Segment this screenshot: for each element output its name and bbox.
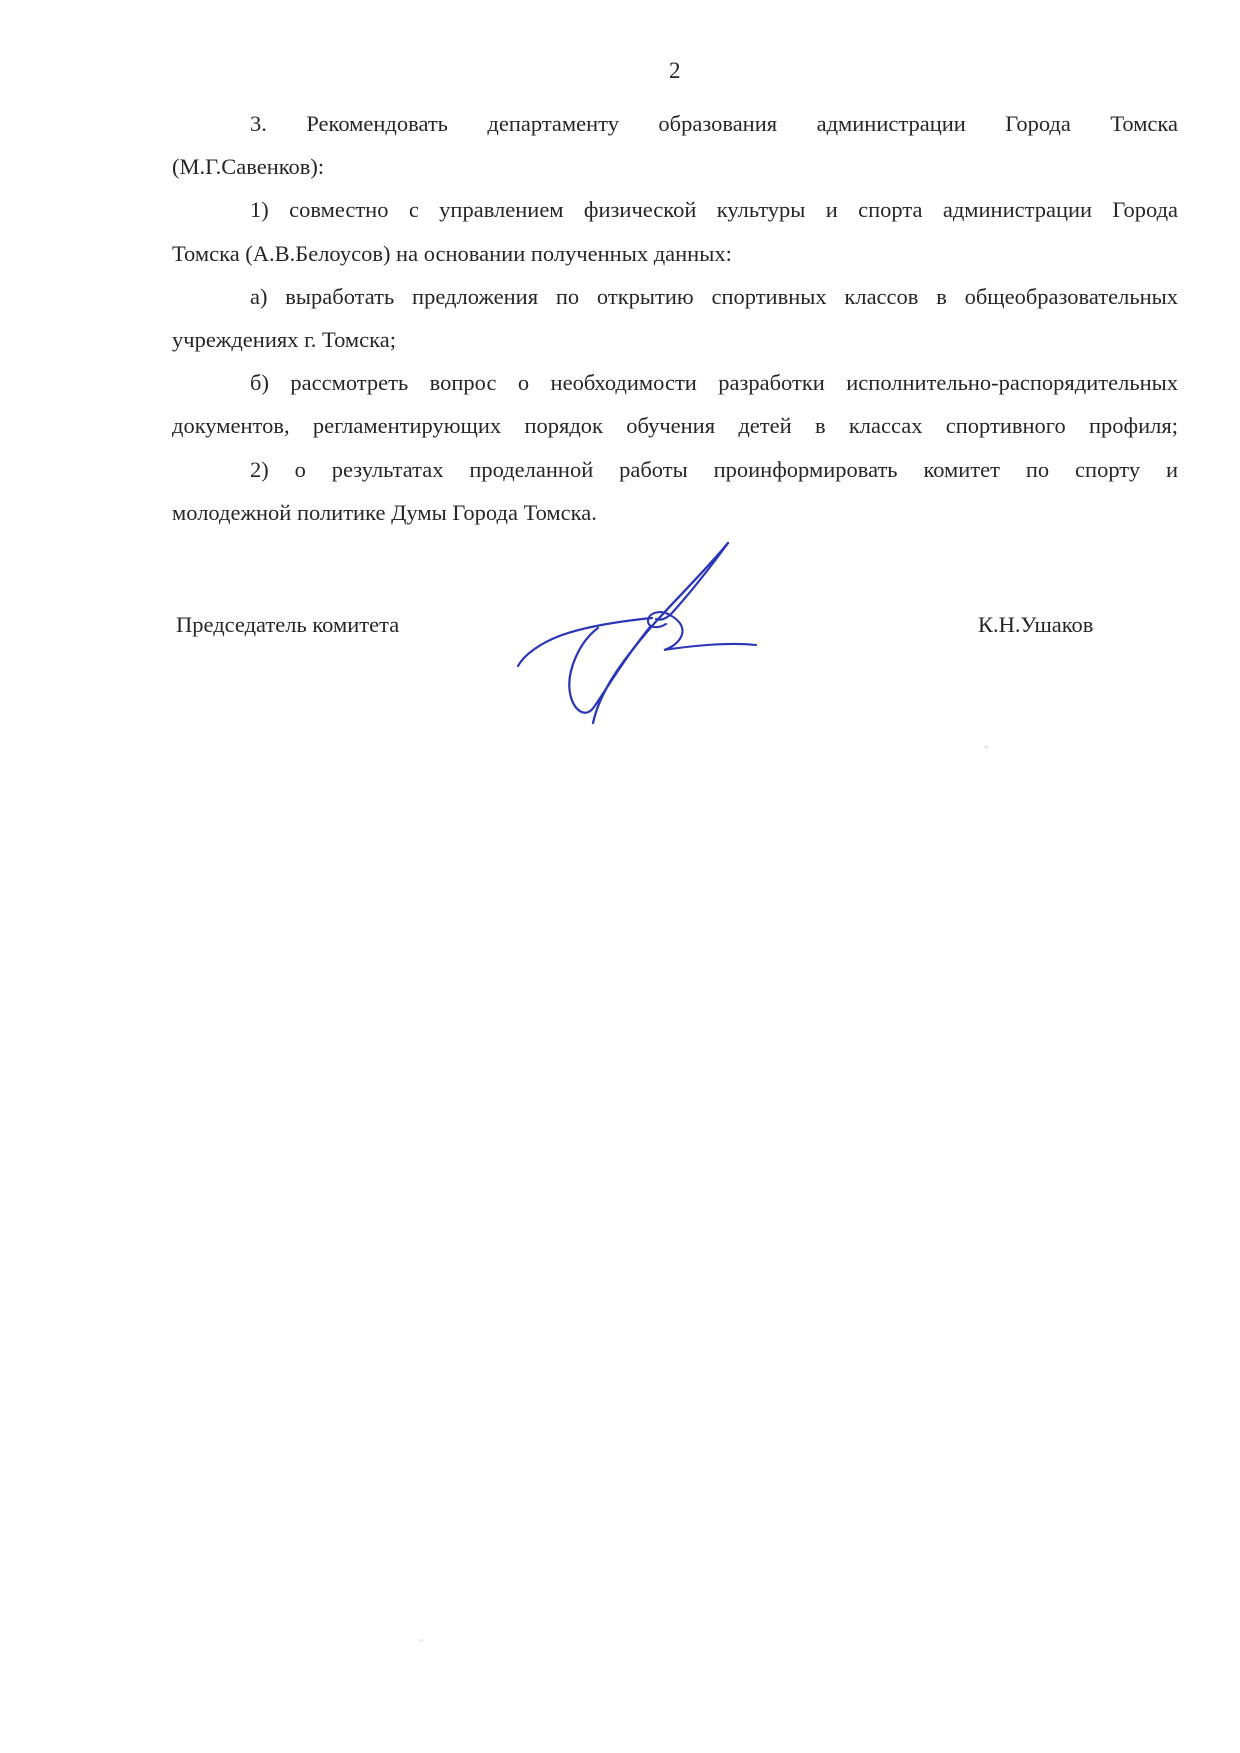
page-number: 2 bbox=[172, 58, 1178, 84]
scan-speck bbox=[418, 1639, 424, 1642]
paragraph-line: 2) о результатах проделанной работы прои… bbox=[172, 448, 1178, 491]
paragraph-line: документов, регламентирующих порядок обу… bbox=[172, 404, 1178, 447]
document-page: 2 3. Рекомендовать департаменту образова… bbox=[0, 0, 1240, 1753]
handwritten-signature-icon bbox=[500, 531, 765, 736]
signoff-title: Председатель комитета bbox=[176, 612, 399, 638]
paragraph-line: Томска (А.В.Белоусов) на основании получ… bbox=[172, 232, 1178, 275]
signoff-name: К.Н.Ушаков bbox=[978, 612, 1093, 638]
paragraph-line: учреждениях г. Томска; bbox=[172, 318, 1178, 361]
paragraph-line: а) выработать предложения по открытию сп… bbox=[172, 275, 1178, 318]
paragraph-line: 3. Рекомендовать департаменту образовани… bbox=[172, 102, 1178, 145]
paragraph-line: молодежной политике Думы Города Томска. bbox=[172, 491, 1178, 534]
paragraph-line: б) рассмотреть вопрос о необходимости ра… bbox=[172, 361, 1178, 404]
paragraph-line: (М.Г.Савенков): bbox=[172, 145, 1178, 188]
scan-speck bbox=[984, 745, 989, 749]
paragraph-line: 1) совместно с управлением физической ку… bbox=[172, 188, 1178, 231]
document-body: 3. Рекомендовать департаменту образовани… bbox=[172, 102, 1178, 534]
